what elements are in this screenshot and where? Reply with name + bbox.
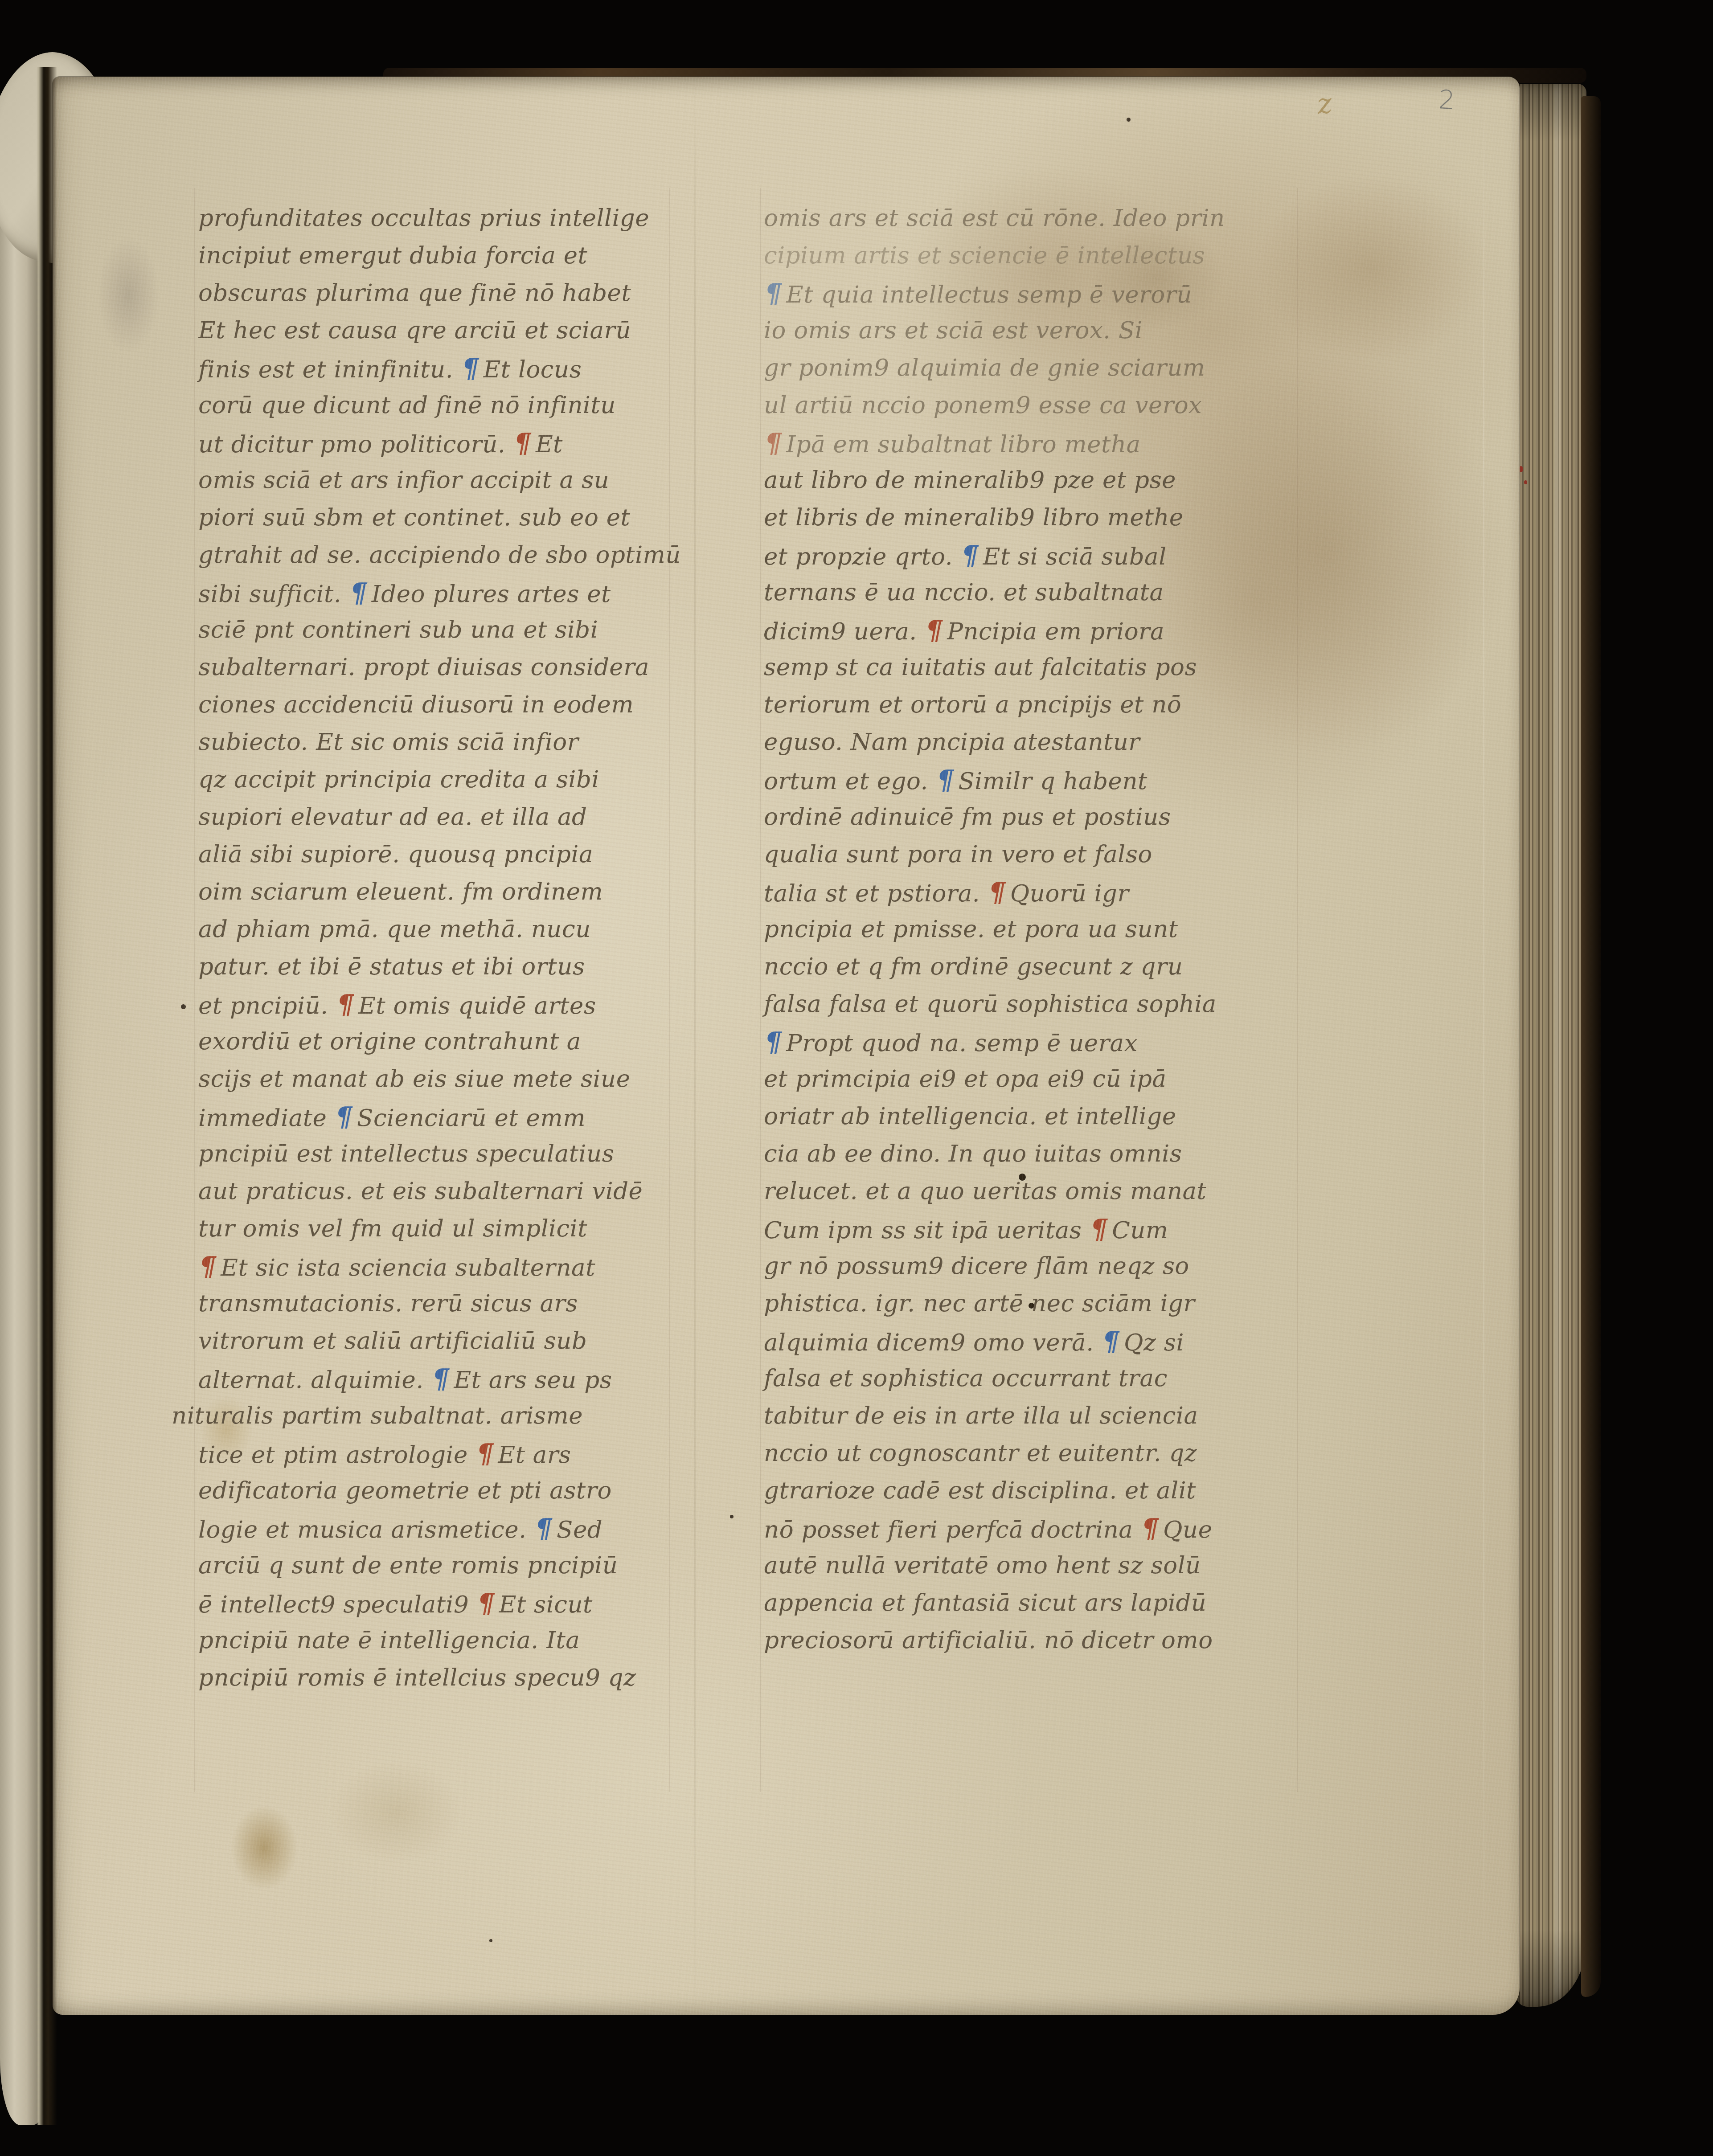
manuscript-text: alquimia dicem9 omo verā. (764, 1329, 1102, 1356)
manuscript-text: ordinē adinuicē fm pus et postius (764, 803, 1171, 830)
manuscript-text: scijs et manat ab eis siue mete siue (198, 1065, 631, 1092)
manuscript-line: cipium artis et sciencie ē intellectus (764, 237, 1316, 274)
manuscript-line: ad phiam pmā. que methā. nucu (198, 911, 706, 948)
manuscript-text: piori suū sbm et continet. sub eo et (198, 504, 630, 531)
manuscript-text: gtrahit ad se. accipiendo de sbo optimū (198, 541, 681, 569)
manuscript-text: gr nō possum9 dicere flām neqz so (764, 1252, 1189, 1280)
pilcrow-blue: ¶ (335, 1101, 357, 1132)
manuscript-line: semp st ca iuitatis aut falcitatis pos (764, 649, 1316, 686)
manuscript-text: oriatr ab intelligencia. et intellige (764, 1103, 1176, 1130)
manuscript-text: logie et musica arismetice. (198, 1516, 534, 1543)
manuscript-line: arciū q sunt de ente romis pncipiū (198, 1547, 706, 1584)
manuscript-line: ut dicitur pmo politicorū. ¶Et (198, 424, 706, 462)
manuscript-text: Que (1163, 1516, 1212, 1543)
pilcrow-blue: ¶ (461, 352, 483, 384)
manuscript-text: ul artiū nccio ponem9 esse ca verox (764, 392, 1202, 419)
manuscript-line: alquimia dicem9 omo verā. ¶Qz si (764, 1322, 1316, 1360)
manuscript-text: Propt quod na. semp ē uerax (786, 1030, 1138, 1057)
manuscript-text: cipium artis et sciencie ē intellectus (764, 242, 1205, 269)
manuscript-text: exordiū et origine contrahunt a (198, 1028, 581, 1055)
pilcrow-red: ¶ (198, 1251, 221, 1282)
manuscript-line: autē nullā veritatē omo hent sz solū (764, 1547, 1316, 1584)
manuscript-text: et primcipia ei9 et opa ei9 cū ipā (764, 1065, 1167, 1092)
folio-pencil-number: 2 (1438, 84, 1455, 115)
manuscript-text: Et (536, 431, 563, 458)
crease-line (1483, 77, 1484, 2015)
book-cover-edge (1581, 96, 1601, 1997)
manuscript-line: ¶Et quia intellectus semp ē verorū (764, 274, 1316, 312)
manuscript-text: omis ars et sciā est cū rōne. Ideo prin (764, 205, 1225, 232)
manuscript-text: ē intellect9 speculati9 (198, 1591, 476, 1618)
manuscript-line: io omis ars et sciā est verox. Si (764, 312, 1316, 349)
manuscript-text: et libris de mineralib9 libro methe (764, 504, 1184, 531)
manuscript-text: Et locus (484, 356, 582, 383)
manuscript-text: finis est et ininfinitu. (198, 356, 461, 383)
manuscript-text: immediate (198, 1105, 335, 1132)
fore-edge-page-stack (1516, 84, 1586, 2007)
manuscript-text: patur. et ibi ē status et ibi ortus (198, 953, 585, 980)
manuscript-text: subalternari. propt diuisas considera (198, 654, 649, 681)
manuscript-text: Et ars (498, 1441, 571, 1469)
pilcrow-blue: ¶ (349, 577, 372, 608)
manuscript-text: incipiut emergut dubia forcia et (198, 242, 587, 269)
manuscript-line: gr ponim9 alquimia de gnie sciarum (764, 349, 1316, 387)
manuscript-text: Pncipia em priora (947, 618, 1164, 645)
pilcrow-blue: ¶ (936, 764, 958, 795)
manuscript-text: Similr q habent (959, 768, 1147, 795)
manuscript-text: cia ab ee dino. In quo iuitas omnis (764, 1140, 1182, 1167)
manuscript-line: pncipia et pmisse. et pora ua sunt (764, 911, 1316, 948)
manuscript-text: Et hec est causa qre arciū et sciarū (198, 317, 631, 344)
manuscript-text: Et quia intellectus semp ē verorū (786, 281, 1192, 308)
manuscript-line: et propzie qrto. ¶Et si sciā subal (764, 536, 1316, 574)
manuscript-line: teriorum et ortorū a pncipijs et nō (764, 686, 1316, 724)
manuscript-page: z 2 profunditates occultas prius intelli… (53, 77, 1520, 2015)
manuscript-line: piori suū sbm et continet. sub eo et (198, 499, 706, 536)
manuscript-text: semp st ca iuitatis aut falcitatis pos (764, 654, 1197, 681)
manuscript-line: ¶Et sic ista sciencia subalternat (198, 1248, 706, 1285)
manuscript-text: Qz si (1124, 1329, 1184, 1356)
manuscript-text: falsa falsa et quorū sophistica sophia (764, 990, 1217, 1018)
manuscript-text: omis sciā et ars infior accipit a su (198, 466, 609, 494)
manuscript-line: oriatr ab intelligencia. et intellige (764, 1098, 1316, 1135)
manuscript-line: oim sciarum eleuent. fm ordinem (198, 873, 706, 911)
manuscript-text: dicim9 uera. (764, 618, 925, 645)
ruling-line (194, 188, 195, 1792)
manuscript-line: phistica. igr. nec artē nec sciām igr (764, 1285, 1316, 1322)
manuscript-line: finis est et ininfinitu. ¶Et locus (198, 349, 706, 387)
manuscript-line: falsa falsa et quorū sophistica sophia (764, 986, 1316, 1023)
manuscript-line: gtrahit ad se. accipiendo de sbo optimū (198, 536, 706, 574)
manuscript-text: Et ars seu ps (454, 1366, 612, 1394)
manuscript-text: ortum et ego. (764, 768, 936, 795)
manuscript-text: et propzie qrto. (764, 543, 960, 570)
manuscript-text: edificatoria geometrie et pti astro (198, 1477, 612, 1504)
manuscript-line: exordiū et origine contrahunt a (198, 1023, 706, 1060)
manuscript-text: et pncipiū. (198, 992, 336, 1019)
manuscript-text: sciē pnt contineri sub una et sibi (198, 616, 598, 643)
manuscript-line: talia st et pstiora. ¶Quorū igr (764, 873, 1316, 911)
manuscript-text: autē nullā veritatē omo hent sz solū (764, 1552, 1201, 1579)
manuscript-text: Cum ipm ss sit ipā ueritas (764, 1217, 1090, 1244)
manuscript-line: incipiut emergut dubia forcia et (198, 237, 706, 274)
pilcrow-red: ¶ (764, 427, 786, 458)
manuscript-text: gr ponim9 alquimia de gnie sciarum (764, 354, 1205, 381)
manuscript-line: et pncipiū. ¶Et omis quidē artes (198, 986, 706, 1023)
manuscript-text: ciones accidenciū diusorū in eodem (198, 691, 634, 718)
manuscript-line: appencia et fantasiā sicut ars lapidū (764, 1584, 1316, 1622)
manuscript-line: ul artiū nccio ponem9 esse ca verox (764, 387, 1316, 424)
manuscript-line: ordinē adinuicē fm pus et postius (764, 798, 1316, 836)
manuscript-line: nccio et q fm ordinē gsecunt z qru (764, 948, 1316, 986)
manuscript-line: pncipiū nate ē intelligencia. Ita (198, 1622, 706, 1659)
pilcrow-blue: ¶ (1102, 1326, 1124, 1357)
manuscript-text: aut praticus. et eis subalternari vidē (198, 1178, 643, 1205)
manuscript-text: gtrarioze cadē est disciplina. et alit (764, 1477, 1196, 1504)
manuscript-line: eguso. Nam pncipia atestantur (764, 724, 1316, 761)
manuscript-line: profunditates occultas prius intellige (198, 200, 706, 237)
manuscript-text: Sed (557, 1516, 602, 1543)
manuscript-line: nituralis partim subaltnat. arisme (172, 1397, 706, 1435)
manuscript-line: ciones accidenciū diusorū in eodem (198, 686, 706, 724)
manuscript-line: pncipiū est intellectus speculatius (198, 1135, 706, 1173)
manuscript-line: preciosorū artificialiū. nō dicetr omo (764, 1622, 1316, 1659)
manuscript-line: nō posset fieri perfcā doctrina ¶Que (764, 1510, 1316, 1547)
speck (1127, 118, 1131, 122)
manuscript-text: oim sciarum eleuent. fm ordinem (198, 878, 603, 905)
manuscript-text: teriorum et ortorū a pncipijs et nō (764, 691, 1181, 718)
pilcrow-blue: ¶ (960, 540, 983, 571)
pilcrow-red: ¶ (988, 876, 1010, 908)
stain (97, 237, 160, 353)
manuscript-text: Et sic ista sciencia subalternat (221, 1254, 595, 1281)
manuscript-line: ¶Ipā em subaltnat libro metha (764, 424, 1316, 462)
manuscript-line: supiori elevatur ad ea. et illa ad (198, 798, 706, 836)
manuscript-text: nituralis partim subaltnat. arisme (172, 1402, 583, 1429)
folio-ink-mark: z (1315, 86, 1333, 120)
manuscript-line: omis sciā et ars infior accipit a su (198, 462, 706, 499)
pilcrow-red: ¶ (336, 989, 358, 1020)
manuscript-line: omis ars et sciā est cū rōne. Ideo prin (764, 200, 1316, 237)
ruling-line (760, 188, 761, 1792)
manuscript-text: Et sicut (499, 1591, 593, 1618)
manuscript-line: ortum et ego. ¶Similr q habent (764, 761, 1316, 798)
pilcrow-blue: ¶ (764, 278, 786, 309)
manuscript-text: alternat. alquimie. (198, 1366, 431, 1394)
manuscript-line: vitrorum et saliū artificialiū sub (198, 1322, 706, 1360)
stain (329, 1761, 463, 1863)
manuscript-text: aliā sibi supiorē. quousq pncipia (198, 841, 593, 868)
manuscript-text: ad phiam pmā. que methā. nucu (198, 916, 591, 943)
manuscript-line: Et hec est causa qre arciū et sciarū (198, 312, 706, 349)
pilcrow-blue: ¶ (534, 1513, 557, 1544)
gutter-shadow (37, 67, 57, 2125)
pilcrow-red: ¶ (475, 1438, 498, 1469)
manuscript-line: qualia sunt pora in vero et falso (764, 836, 1316, 873)
manuscript-line: corū que dicunt ad finē nō infinitu (198, 387, 706, 424)
manuscript-text: ut dicitur pmo politicorū. (198, 431, 513, 458)
fore-edge-red-speck (1524, 480, 1527, 484)
stain (231, 1805, 298, 1890)
pilcrow-red: ¶ (1141, 1513, 1163, 1544)
manuscript-line: ternans ē ua nccio. et subaltnata (764, 574, 1316, 611)
manuscript-line: gtrarioze cadē est disciplina. et alit (764, 1472, 1316, 1510)
manuscript-line: sciē pnt contineri sub una et sibi (198, 611, 706, 649)
manuscript-line: ¶Propt quod na. semp ē uerax (764, 1023, 1316, 1060)
pilcrow-blue: ¶ (764, 1026, 786, 1057)
manuscript-text: io omis ars et sciā est verox. Si (764, 317, 1143, 344)
speck (730, 1515, 734, 1518)
manuscript-text: Et omis quidē artes (358, 992, 596, 1019)
manuscript-line: tice et ptim astrologie ¶Et ars (198, 1435, 706, 1472)
manuscript-text: aut libro de mineralib9 pze et pse (764, 466, 1176, 494)
manuscript-line: et libris de mineralib9 libro methe (764, 499, 1316, 536)
manuscript-text: pncipiū est intellectus speculatius (198, 1140, 614, 1167)
text-column-left: profunditates occultas prius intelligein… (198, 200, 706, 1697)
manuscript-text: pncipia et pmisse. et pora ua sunt (764, 916, 1178, 943)
facing-page-edge (0, 147, 41, 2125)
manuscript-text: tabitur de eis in arte illa ul sciencia (764, 1402, 1198, 1429)
manuscript-line: falsa et sophistica occurrant trac (764, 1360, 1316, 1397)
manuscript-line: ē intellect9 speculati9 ¶Et sicut (198, 1584, 706, 1622)
manuscript-line: subiecto. Et sic omis sciā infior (198, 724, 706, 761)
manuscript-line: cia ab ee dino. In quo iuitas omnis (764, 1135, 1316, 1173)
manuscript-line: relucet. et a quo ueritas omis manat (764, 1173, 1316, 1210)
manuscript-text: nccio et q fm ordinē gsecunt z qru (764, 953, 1183, 980)
manuscript-text: arciū q sunt de ente romis pncipiū (198, 1552, 618, 1579)
manuscript-text: profunditates occultas prius intellige (198, 205, 649, 232)
manuscript-text: relucet. et a quo ueritas omis manat (764, 1178, 1206, 1205)
manuscript-text: appencia et fantasiā sicut ars lapidū (764, 1589, 1206, 1616)
manuscript-text: pncipiū nate ē intelligencia. Ita (198, 1627, 580, 1654)
manuscript-text: tur omis vel fm quid ul simplicit (198, 1215, 587, 1242)
manuscript-line: sibi sufficit. ¶Ideo plures artes et (198, 574, 706, 611)
pilcrow-red: ¶ (476, 1587, 499, 1619)
manuscript-line: et primcipia ei9 et opa ei9 cū ipā (764, 1060, 1316, 1098)
manuscript-line: tabitur de eis in arte illa ul sciencia (764, 1397, 1316, 1435)
pilcrow-blue: ¶ (431, 1363, 454, 1394)
manuscript-line: obscuras plurima que finē nō habet (198, 274, 706, 312)
manuscript-line: aut praticus. et eis subalternari vidē (198, 1173, 706, 1210)
manuscript-text: qualia sunt pora in vero et falso (764, 841, 1152, 868)
manuscript-text: qz accipit principia credita a sibi (198, 766, 599, 793)
manuscript-text: nō posset fieri perfcā doctrina (764, 1516, 1141, 1543)
manuscript-line: patur. et ibi ē status et ibi ortus (198, 948, 706, 986)
manuscript-text: obscuras plurima que finē nō habet (198, 279, 631, 307)
manuscript-line: edificatoria geometrie et pti astro (198, 1472, 706, 1510)
manuscript-text: pncipiū romis ē intellcius specu9 qz (198, 1664, 636, 1691)
manuscript-line: pncipiū romis ē intellcius specu9 qz (198, 1659, 706, 1697)
manuscript-line: aut libro de mineralib9 pze et pse (764, 462, 1316, 499)
speck (489, 1939, 492, 1942)
pilcrow-red: ¶ (513, 427, 536, 458)
photo-backdrop: z 2 profunditates occultas prius intelli… (0, 0, 1713, 2156)
speck (181, 1004, 186, 1009)
manuscript-line: immediate ¶Scienciarū et emm (198, 1098, 706, 1135)
manuscript-text: phistica. igr. nec artē nec sciām igr (764, 1290, 1195, 1317)
manuscript-line: qz accipit principia credita a sibi (198, 761, 706, 798)
manuscript-line: logie et musica arismetice. ¶Sed (198, 1510, 706, 1547)
manuscript-line: Cum ipm ss sit ipā ueritas ¶Cum (764, 1210, 1316, 1248)
manuscript-text: preciosorū artificialiū. nō dicetr omo (764, 1627, 1213, 1654)
manuscript-text: vitrorum et saliū artificialiū sub (198, 1327, 587, 1354)
manuscript-line: nccio ut cognoscantr et euitentr. qz (764, 1435, 1316, 1472)
manuscript-text: supiori elevatur ad ea. et illa ad (198, 803, 587, 830)
manuscript-text: sibi sufficit. (198, 581, 349, 608)
manuscript-text: tice et ptim astrologie (198, 1441, 475, 1469)
manuscript-text: corū que dicunt ad finē nō infinitu (198, 392, 616, 419)
manuscript-line: subalternari. propt diuisas considera (198, 649, 706, 686)
manuscript-text: Scienciarū et emm (357, 1105, 586, 1132)
pilcrow-red: ¶ (925, 614, 947, 646)
manuscript-text: talia st et pstiora. (764, 880, 988, 907)
manuscript-line: transmutacionis. rerū sicus ars (198, 1285, 706, 1322)
text-column-right: omis ars et sciā est cū rōne. Ideo princ… (764, 200, 1316, 1659)
manuscript-text: Ideo plures artes et (372, 581, 611, 608)
manuscript-text: subiecto. Et sic omis sciā infior (198, 728, 579, 756)
manuscript-line: scijs et manat ab eis siue mete siue (198, 1060, 706, 1098)
manuscript-text: eguso. Nam pncipia atestantur (764, 728, 1140, 756)
manuscript-text: Cum (1112, 1217, 1168, 1244)
manuscript-text: Quorū igr (1010, 880, 1129, 907)
manuscript-line: gr nō possum9 dicere flām neqz so (764, 1248, 1316, 1285)
manuscript-text: falsa et sophistica occurrant trac (764, 1365, 1168, 1392)
manuscript-text: Et si sciā subal (983, 543, 1167, 570)
manuscript-line: alternat. alquimie. ¶Et ars seu ps (198, 1360, 706, 1397)
manuscript-text: ternans ē ua nccio. et subaltnata (764, 579, 1164, 606)
manuscript-line: dicim9 uera. ¶Pncipia em priora (764, 611, 1316, 649)
manuscript-text: Ipā em subaltnat libro metha (786, 431, 1140, 458)
manuscript-text: transmutacionis. rerū sicus ars (198, 1290, 578, 1317)
manuscript-line: tur omis vel fm quid ul simplicit (198, 1210, 706, 1248)
pilcrow-red: ¶ (1090, 1213, 1112, 1244)
manuscript-text: nccio ut cognoscantr et euitentr. qz (764, 1440, 1197, 1467)
manuscript-line: aliā sibi supiorē. quousq pncipia (198, 836, 706, 873)
